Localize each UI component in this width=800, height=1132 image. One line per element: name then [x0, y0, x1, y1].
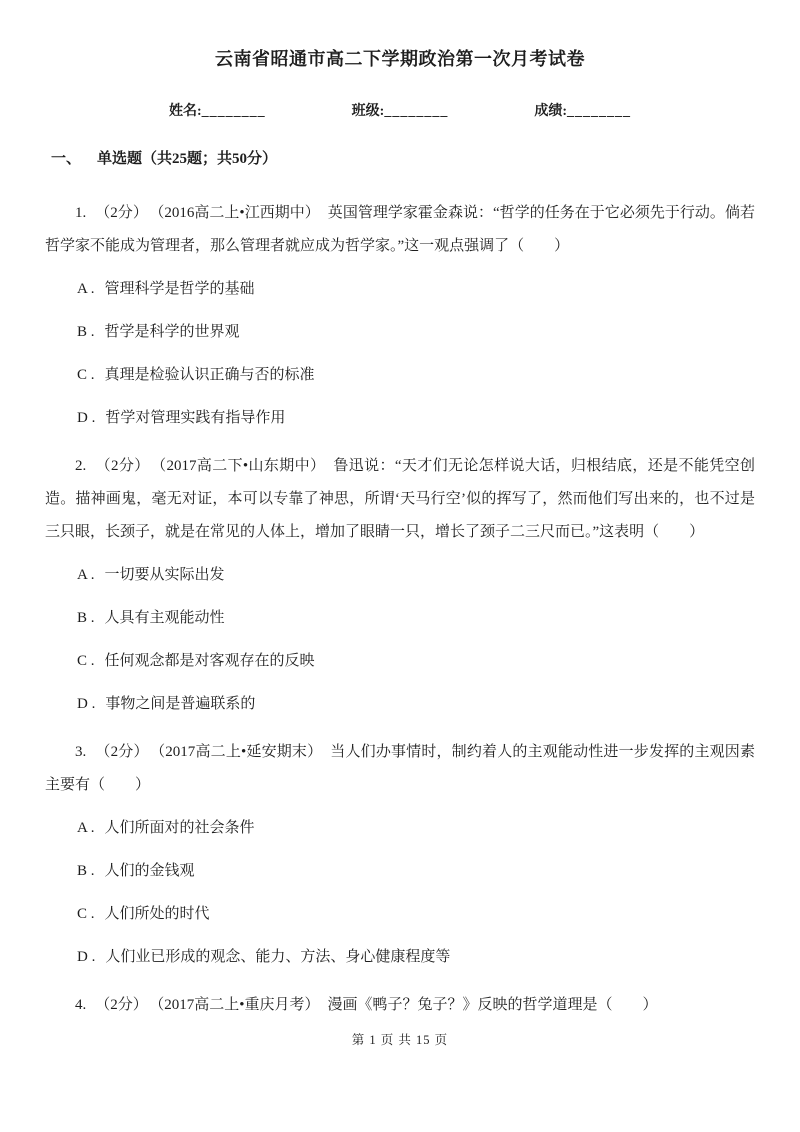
option-a: A .一切要从实际出发	[45, 559, 755, 592]
option-label: B .	[77, 324, 95, 340]
question-stem: 4.（2分）（2017高二上•重庆月考）漫画《鸭子？兔子？》反映的哲学道理是（ …	[45, 989, 755, 1022]
class-blank-line: ________	[384, 102, 448, 121]
question-text: 英国管理学家霍金森说：“哲学的任务在于它必须先于行动。倘若哲学家不能成为管理者，…	[45, 205, 755, 254]
name-blank-line: ________	[202, 102, 266, 121]
score-label: 成绩:	[534, 102, 567, 121]
option-text: 人们所处的时代	[105, 906, 210, 922]
section-heading: 一、单选题（共25题；共50分）	[51, 149, 755, 170]
page-title: 云南省昭通市高二下学期政治第一次月考试卷	[45, 46, 755, 72]
question-text: 当人们办事情时，制约着人的主观能动性进一步发挥的主观因素主要有（ ）	[45, 744, 755, 793]
option-label: A .	[77, 567, 95, 583]
question-points: （2分）	[95, 458, 149, 474]
question-source: （2017高二下•山东期中）	[159, 458, 326, 474]
score-field: 成绩:________	[534, 102, 631, 121]
section-title: 单选题（共25题；共50分）	[97, 151, 277, 167]
option-text: 人具有主观能动性	[105, 610, 225, 626]
page-footer: 第 1 页 共 15 页	[0, 1030, 800, 1050]
question-4: 4.（2分）（2017高二上•重庆月考）漫画《鸭子？兔子？》反映的哲学道理是（ …	[45, 989, 755, 1022]
option-label: D .	[77, 949, 95, 965]
option-b: B .人们的金钱观	[45, 855, 755, 888]
question-source: （2017高二上•延安期末）	[158, 744, 323, 760]
option-label: B .	[77, 863, 95, 879]
option-b: B .人具有主观能动性	[45, 602, 755, 635]
option-text: 人们的金钱观	[105, 863, 195, 879]
question-points: （2分）	[95, 205, 148, 221]
question-3: 3.（2分）（2017高二上•延安期末）当人们办事情时，制约着人的主观能动性进一…	[45, 736, 755, 974]
option-text: 事物之间是普遍联系的	[105, 696, 255, 712]
option-c: C .真理是检验认识正确与否的标准	[45, 359, 755, 392]
class-field: 班级:________	[352, 102, 449, 121]
name-label: 姓名:	[169, 102, 202, 121]
option-a: A .人们所面对的社会条件	[45, 812, 755, 845]
option-label: C .	[77, 906, 95, 922]
question-1: 1.（2分）（2016高二上•江西期中）英国管理学家霍金森说：“哲学的任务在于它…	[45, 197, 755, 435]
question-text: 鲁迅说：“天才们无论怎样说大话，归根结底，还是不能凭空创造。描神画鬼，毫无对证，…	[45, 458, 755, 540]
question-text: 漫画《鸭子？兔子？》反映的哲学道理是（ ）	[328, 997, 658, 1013]
option-text: 一切要从实际出发	[105, 567, 225, 583]
option-c: C .任何观念都是对客观存在的反映	[45, 645, 755, 678]
question-source: （2017高二上•重庆月考）	[157, 997, 320, 1013]
option-label: C .	[77, 653, 95, 669]
option-label: C .	[77, 367, 95, 383]
question-points: （2分）	[95, 744, 148, 760]
option-text: 哲学是科学的世界观	[105, 324, 240, 340]
option-label: A .	[77, 820, 95, 836]
question-stem: 2.（2分）（2017高二下•山东期中）鲁迅说：“天才们无论怎样说大话，归根结底…	[45, 450, 755, 549]
student-info-row: 姓名:________ 班级:________ 成绩:________	[45, 102, 755, 121]
option-label: D .	[77, 696, 95, 712]
option-d: D .哲学对管理实践有指导作用	[45, 402, 755, 435]
question-stem: 1.（2分）（2016高二上•江西期中）英国管理学家霍金森说：“哲学的任务在于它…	[45, 197, 755, 263]
question-number: 2.	[75, 458, 86, 474]
question-source: （2016高二上•江西期中）	[157, 205, 320, 221]
exam-paper: 云南省昭通市高二下学期政治第一次月考试卷 姓名:________ 班级:____…	[0, 0, 800, 1022]
score-blank-line: ________	[567, 102, 631, 121]
question-points: （2分）	[95, 997, 148, 1013]
question-number: 3.	[75, 744, 86, 760]
option-label: B .	[77, 610, 95, 626]
option-c: C .人们所处的时代	[45, 898, 755, 931]
option-text: 人们所面对的社会条件	[105, 820, 255, 836]
question-2: 2.（2分）（2017高二下•山东期中）鲁迅说：“天才们无论怎样说大话，归根结底…	[45, 450, 755, 721]
section-number: 一、	[51, 151, 81, 167]
name-field: 姓名:________	[169, 102, 266, 121]
option-text: 任何观念都是对客观存在的反映	[105, 653, 315, 669]
option-text: 真理是检验认识正确与否的标准	[105, 367, 315, 383]
option-text: 哲学对管理实践有指导作用	[105, 410, 285, 426]
option-a: A .管理科学是哲学的基础	[45, 273, 755, 306]
option-text: 人们业已形成的观念、能力、方法、身心健康程度等	[105, 949, 450, 965]
option-d: D .事物之间是普遍联系的	[45, 688, 755, 721]
option-d: D .人们业已形成的观念、能力、方法、身心健康程度等	[45, 941, 755, 974]
question-stem: 3.（2分）（2017高二上•延安期末）当人们办事情时，制约着人的主观能动性进一…	[45, 736, 755, 802]
class-label: 班级:	[352, 102, 385, 121]
option-b: B .哲学是科学的世界观	[45, 316, 755, 349]
option-label: D .	[77, 410, 95, 426]
option-text: 管理科学是哲学的基础	[105, 281, 255, 297]
option-label: A .	[77, 281, 95, 297]
question-number: 1.	[75, 205, 86, 221]
question-number: 4.	[75, 997, 86, 1013]
